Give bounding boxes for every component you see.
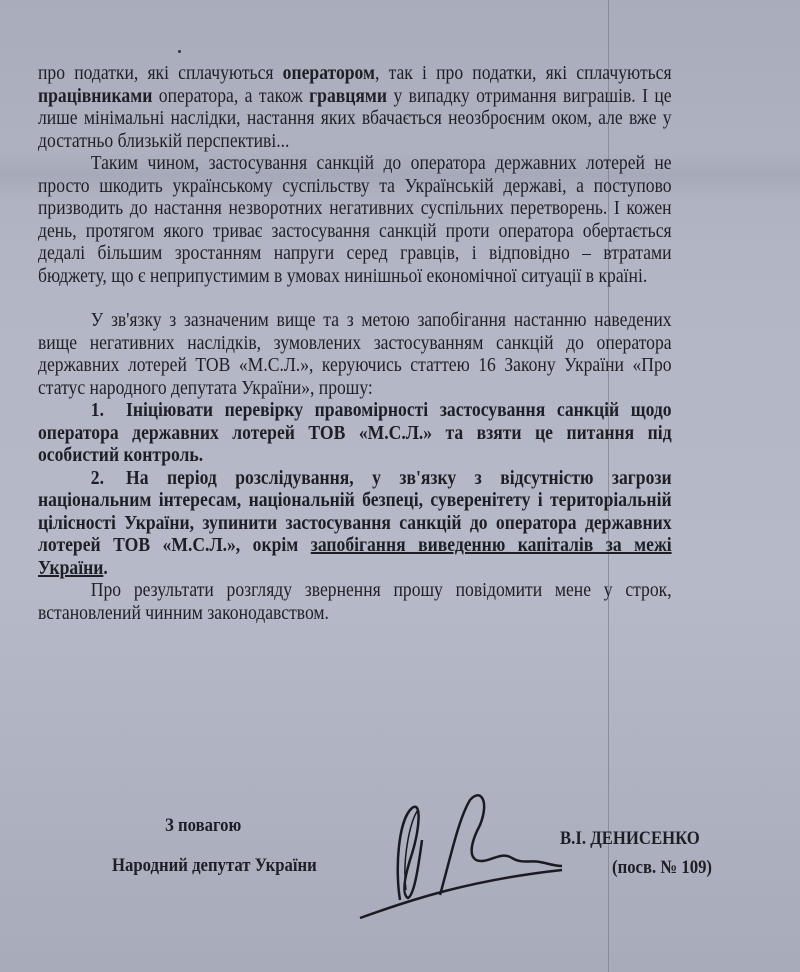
request-item-1: 1.Ініціювати перевірку правомірності зас… [38,399,672,467]
signer-name: В.І. ДЕНИСЕНКО [560,828,700,850]
closing-phrase: З повагою [165,815,241,837]
paragraph-taxes: про податки, які сплачуються оператором,… [38,62,672,152]
bold-players: гравцями [309,85,387,107]
paragraph-response-request: Про результати розгляду звернення прошу … [38,579,672,624]
request-item-2: 2.На період розслідування, у зв'язку з в… [38,467,672,580]
paragraph-consequences: Таким чином, застосування санкцій до опе… [38,152,672,287]
paragraph-request: У зв'язку з зазначеним вище та з метою з… [38,309,672,399]
bold-operator: оператором [283,62,375,84]
document-body: про податки, які сплачуються оператором,… [38,62,672,624]
item-number: 2. [91,467,126,490]
signer-position: Народний депутат України [112,855,317,877]
ink-dot [178,50,181,53]
bold-employees: працівниками [38,85,152,107]
handwritten-signature-icon [340,780,580,920]
signer-certificate: (посв. № 109) [612,857,712,879]
item-number: 1. [91,399,126,422]
